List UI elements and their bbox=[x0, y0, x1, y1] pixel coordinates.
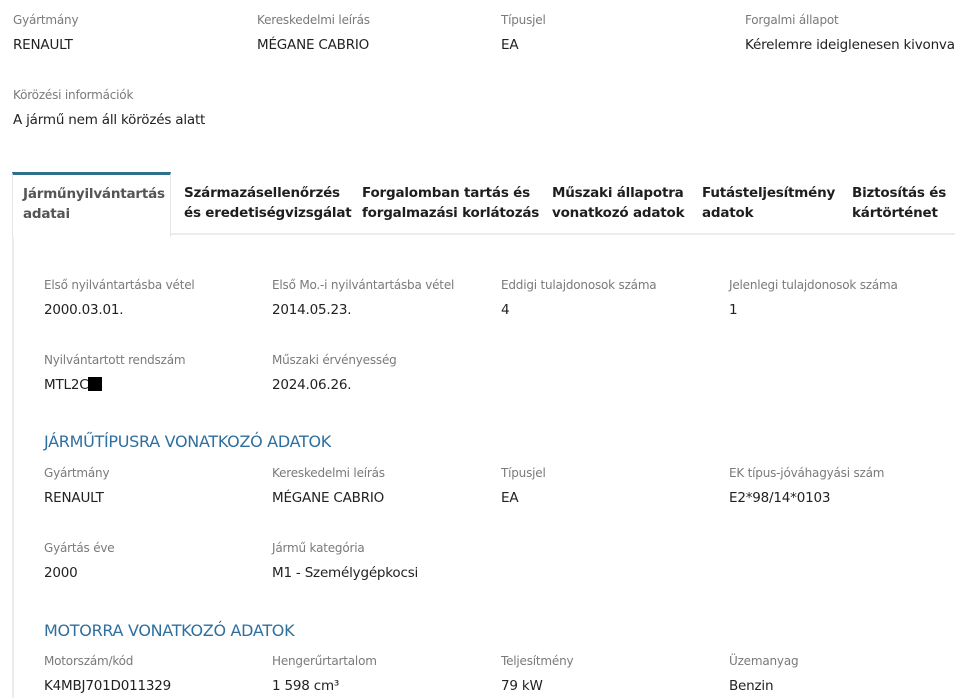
field-label: Jelenlegi tulajdonosok száma bbox=[729, 277, 898, 293]
previous-owners-count: Eddigi tulajdonosok száma 4 bbox=[501, 277, 656, 319]
field-value: RENAULT bbox=[13, 36, 78, 54]
tab-label-line1: Járműnyilvántartás bbox=[23, 184, 170, 204]
field-value: MÉGANE CABRIO bbox=[257, 36, 370, 54]
tab-traffic-restrictions[interactable]: Forgalomban tartás és forgalmazási korlá… bbox=[362, 172, 547, 235]
field-value: 2000.03.01. bbox=[44, 301, 195, 319]
tab-label-line2: adatai bbox=[23, 204, 170, 224]
registered-plate: Nyilvántartott rendszám MTL2C bbox=[44, 352, 185, 394]
engine-power: Teljesítmény 79 kW bbox=[501, 653, 573, 695]
tab-technical-condition[interactable]: Műszaki állapotra vonatkozó adatok bbox=[552, 172, 697, 235]
summary-make: Gyártmány RENAULT bbox=[13, 12, 78, 54]
vt-ec-approval-number: EK típus-jóváhagyási szám E2*98/14*0103 bbox=[729, 465, 884, 507]
tab-label-line2: forgalmazási korlátozás bbox=[362, 203, 547, 223]
field-label: Teljesítmény bbox=[501, 653, 573, 669]
field-label: Nyilvántartott rendszám bbox=[44, 352, 185, 368]
field-value: MTL2C bbox=[44, 376, 185, 394]
field-label: Első nyilvántartásba vétel bbox=[44, 277, 195, 293]
vt-vehicle-category: Jármű kategória M1 - Személygépkocsi bbox=[272, 540, 418, 582]
field-label: Első Mo.-i nyilvántartásba vétel bbox=[272, 277, 454, 293]
tab-label-line1: Műszaki állapotra bbox=[552, 183, 697, 203]
tab-label-line1: Forgalomban tartás és bbox=[362, 183, 547, 203]
vt-type-code: Típusjel EA bbox=[501, 465, 546, 507]
field-value: Kérelemre ideiglenesen kivonva bbox=[745, 36, 955, 54]
field-label: Forgalmi állapot bbox=[745, 12, 955, 28]
tab-origin-check[interactable]: Származásellenőrzés és eredetiségvizsgál… bbox=[184, 172, 354, 235]
field-value: 2024.06.26. bbox=[272, 376, 397, 394]
vehicle-history-page: Gyártmány RENAULT Kereskedelmi leírás MÉ… bbox=[0, 0, 955, 698]
field-value: A jármű nem áll körözés alatt bbox=[13, 111, 205, 129]
field-value: 1 bbox=[729, 301, 898, 319]
engine-displacement: Hengerűrtartalom 1 598 cm³ bbox=[272, 653, 377, 695]
summary-traffic-status: Forgalmi állapot Kérelemre ideiglenesen … bbox=[745, 12, 955, 54]
field-value: RENAULT bbox=[44, 489, 109, 507]
current-owners-count: Jelenlegi tulajdonosok száma 1 bbox=[729, 277, 898, 319]
field-label: Gyártás éve bbox=[44, 540, 114, 556]
field-label: Kereskedelmi leírás bbox=[257, 12, 370, 28]
tab-label-line2: adatok bbox=[702, 203, 847, 223]
summary-type-code: Típusjel EA bbox=[501, 12, 546, 54]
tab-label-line2: és eredetiségvizsgálat bbox=[184, 203, 354, 223]
field-value: EA bbox=[501, 36, 546, 54]
engine-fuel: Üzemanyag Benzin bbox=[729, 653, 798, 695]
field-label: Műszaki érvényesség bbox=[272, 352, 397, 368]
redaction-box bbox=[88, 377, 102, 391]
vt-manufacture-year: Gyártás éve 2000 bbox=[44, 540, 114, 582]
tab-insurance[interactable]: Biztosítás és kártörténet bbox=[852, 172, 955, 235]
field-label: Gyártmány bbox=[44, 465, 109, 481]
engine-number: Motorszám/kód K4MBJ701D011329 bbox=[44, 653, 171, 695]
field-value: K4MBJ701D011329 bbox=[44, 677, 171, 695]
vehicle-type-section-title: JÁRMŰTÍPUSRA VONATKOZÓ ADATOK bbox=[44, 432, 331, 451]
field-value: MÉGANE CABRIO bbox=[272, 489, 385, 507]
field-label: Eddigi tulajdonosok száma bbox=[501, 277, 656, 293]
tab-label-line2: vonatkozó adatok bbox=[552, 203, 697, 223]
vt-make: Gyártmány RENAULT bbox=[44, 465, 109, 507]
field-label: EK típus-jóváhagyási szám bbox=[729, 465, 884, 481]
field-value: 2000 bbox=[44, 564, 114, 582]
summary-commercial-description: Kereskedelmi leírás MÉGANE CABRIO bbox=[257, 12, 370, 54]
first-registration: Első nyilvántartásba vétel 2000.03.01. bbox=[44, 277, 195, 319]
first-hu-registration: Első Mo.-i nyilvántartásba vétel 2014.05… bbox=[272, 277, 454, 319]
field-value: EA bbox=[501, 489, 546, 507]
tab-label-line2: kártörténet bbox=[852, 203, 955, 223]
field-label: Hengerűrtartalom bbox=[272, 653, 377, 669]
engine-section-title: MOTORRA VONATKOZÓ ADATOK bbox=[44, 621, 294, 640]
field-value: 79 kW bbox=[501, 677, 573, 695]
field-label: Üzemanyag bbox=[729, 653, 798, 669]
tab-registration-data[interactable]: Járműnyilvántartás adatai bbox=[12, 172, 171, 237]
field-label: Típusjel bbox=[501, 465, 546, 481]
field-label: Típusjel bbox=[501, 12, 546, 28]
tab-label-line1: Biztosítás és bbox=[852, 183, 955, 203]
field-label: Jármű kategória bbox=[272, 540, 418, 556]
vt-commercial-description: Kereskedelmi leírás MÉGANE CABRIO bbox=[272, 465, 385, 507]
field-value: 2014.05.23. bbox=[272, 301, 454, 319]
field-value: 1 598 cm³ bbox=[272, 677, 377, 695]
field-value: E2*98/14*0103 bbox=[729, 489, 884, 507]
summary-wanted-info: Körözési információk A jármű nem áll kör… bbox=[13, 87, 205, 129]
field-value: Benzin bbox=[729, 677, 798, 695]
tab-label-line1: Futásteljesítmény bbox=[702, 183, 847, 203]
technical-validity: Műszaki érvényesség 2024.06.26. bbox=[272, 352, 397, 394]
plate-visible-part: MTL2C bbox=[44, 377, 88, 393]
tab-bar: Járműnyilvántartás adatai Származásellen… bbox=[12, 172, 955, 235]
tab-label-line1: Származásellenőrzés bbox=[184, 183, 354, 203]
field-label: Körözési információk bbox=[13, 87, 205, 103]
field-label: Kereskedelmi leírás bbox=[272, 465, 385, 481]
tab-mileage[interactable]: Futásteljesítmény adatok bbox=[702, 172, 847, 235]
field-value: M1 - Személygépkocsi bbox=[272, 564, 418, 582]
field-label: Gyártmány bbox=[13, 12, 78, 28]
field-label: Motorszám/kód bbox=[44, 653, 171, 669]
field-value: 4 bbox=[501, 301, 656, 319]
